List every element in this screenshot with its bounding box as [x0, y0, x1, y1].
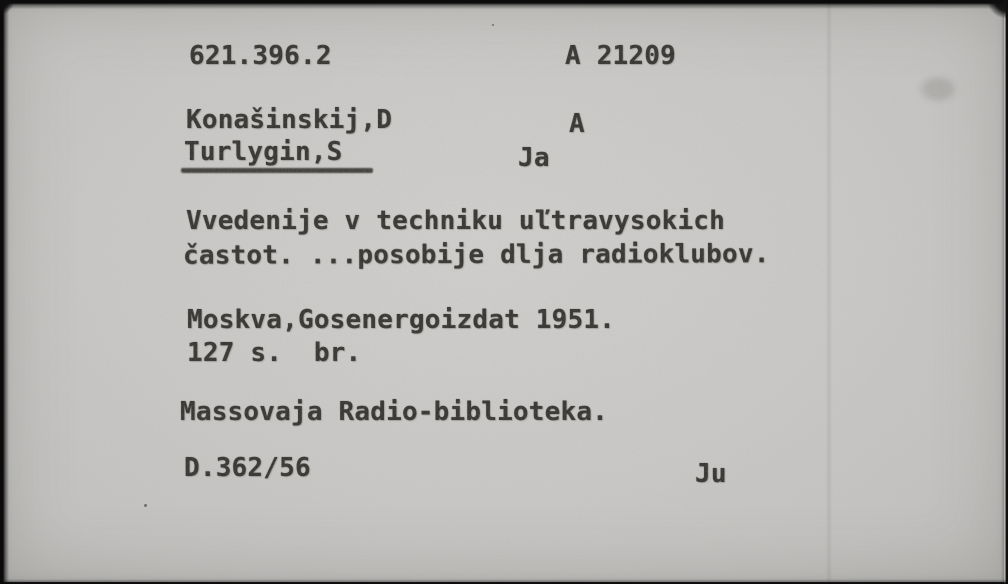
accession-number: A 21209 — [565, 43, 676, 69]
imprint-line: Moskva,Gosenergoizdat 1951. — [187, 307, 615, 333]
paper-crease — [827, 3, 831, 582]
paper-speck — [492, 24, 494, 26]
series-line: Massovaja Radio-biblioteka. — [180, 399, 608, 425]
author-2-name: Turlygin,S — [184, 139, 343, 165]
author-1-name: Konašinskij,D — [186, 107, 392, 133]
author-1-initial: A — [569, 111, 585, 137]
scan-edge-right — [1001, 0, 1008, 584]
scan-edge-top — [0, 0, 1008, 9]
classification-number: 621.396.2 — [189, 43, 332, 69]
paper-speck — [144, 504, 147, 507]
title-line-1: Vvedenije v techniku uľtravysokich — [186, 208, 725, 234]
scan-corner-top-right — [988, 0, 1008, 18]
scan-corner-top-left — [0, 0, 14, 14]
annotation-mark: Ju — [695, 461, 727, 487]
shelf-mark: D.362/56 — [184, 455, 311, 481]
scan-edge-bottom — [0, 579, 1008, 584]
collation-line: 127 s. br. — [187, 340, 361, 366]
catalog-card-scan: 621.396.2 A 21209 Konašinskij,D A Turlyg… — [0, 0, 1008, 584]
title-line-2: častot. ...posobije dlja radioklubov. — [183, 241, 770, 269]
index-card: 621.396.2 A 21209 Konašinskij,D A Turlyg… — [3, 3, 1006, 582]
scan-edge-left — [0, 0, 9, 584]
author-2-initial: Ja — [518, 145, 550, 171]
paper-smudge — [918, 75, 958, 103]
author-2-underline — [181, 168, 373, 173]
